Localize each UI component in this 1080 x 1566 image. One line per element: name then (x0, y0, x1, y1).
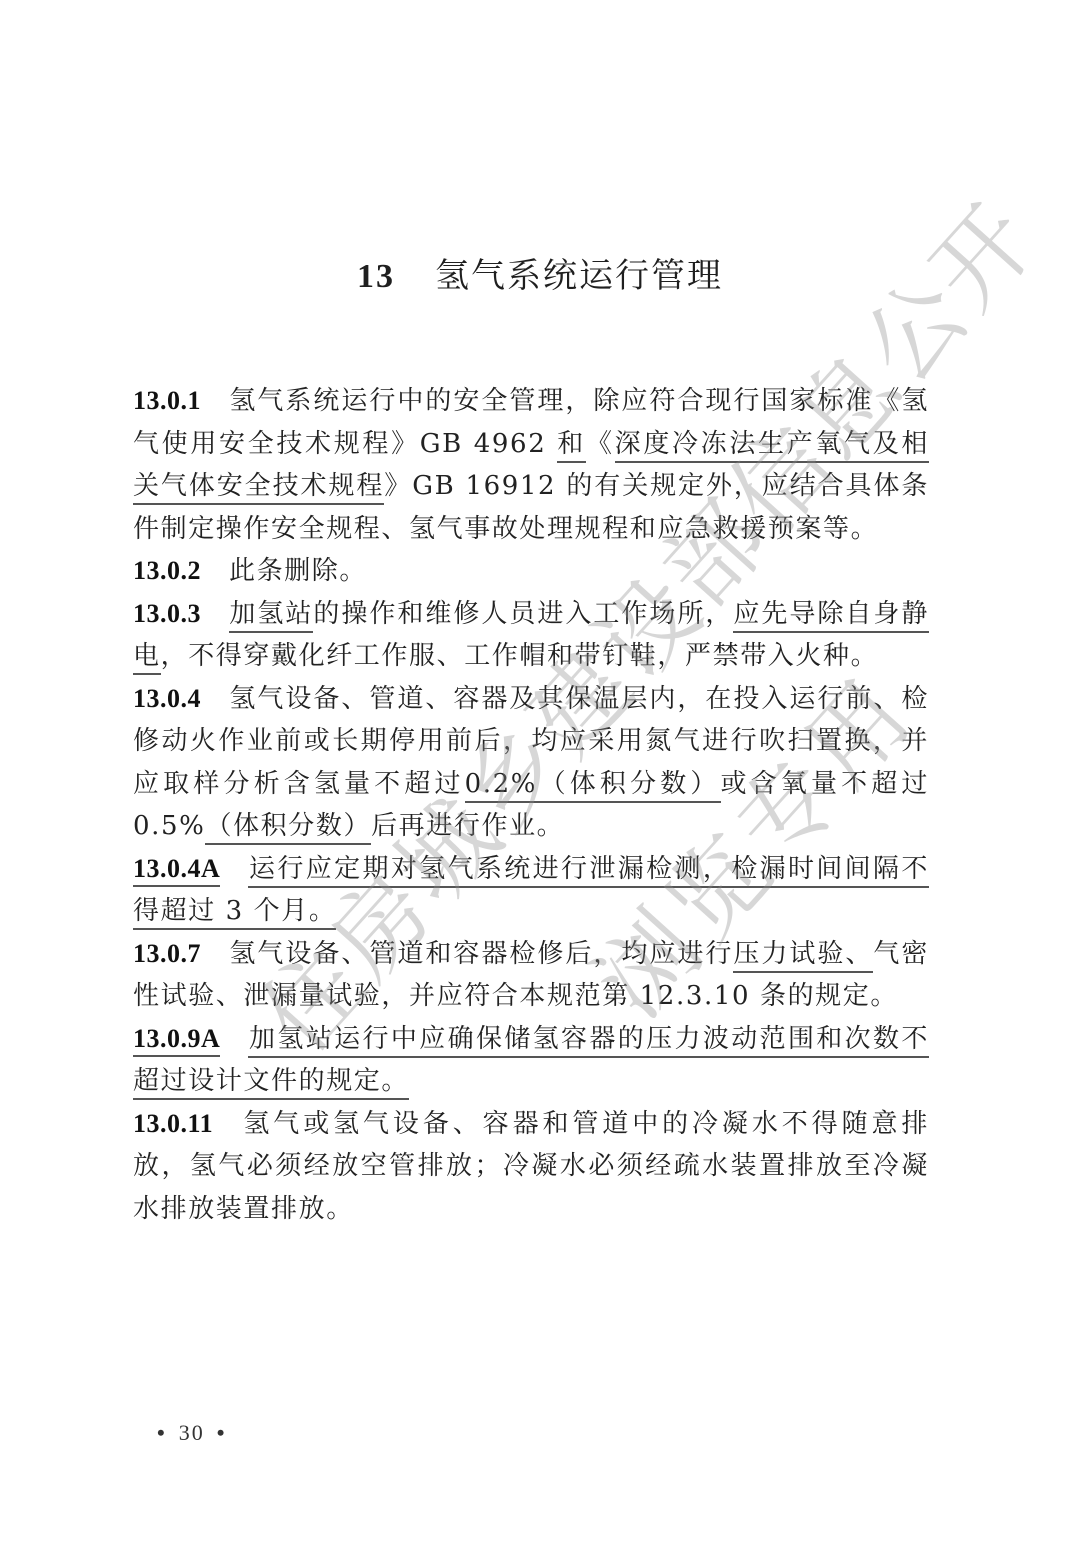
clause-number: 13.0.4A (133, 854, 220, 887)
clause-13-0-11: 13.0.11氢气或氢气设备、容器和管道中的冷凝水不得随意排放，氢气必须经放空管… (133, 1103, 929, 1231)
clause-text: 氢气或氢气设备、容器和管道中的冷凝水不得随意排放，氢气必须经放空管排放；冷凝水必… (133, 1109, 929, 1224)
underlined-revision-text: 0.2%（体积分数） (465, 769, 721, 803)
clause-number: 13.0.4 (133, 684, 201, 713)
clause-13-0-9A: 13.0.9A加氢站运行中应确保储氢容器的压力波动范围和次数不超过设计文件的规定… (133, 1018, 929, 1103)
clause-text: 此条删除。 (229, 556, 367, 586)
underlined-revision-text: 和 (557, 429, 586, 463)
clause-text: ，不得穿戴化纤工作服、工作帽和带钉鞋，严禁带入火种。 (161, 641, 879, 671)
clause-text: 《 (586, 429, 615, 459)
clause-number: 13.0.7 (133, 939, 201, 968)
underlined-revision-text: 加氢站 (229, 599, 313, 633)
underlined-revision-text: （体积分数） (205, 811, 371, 845)
clause-number: 13.0.2 (133, 556, 201, 585)
underlined-revision-text: 压力试验、 (733, 939, 873, 973)
clause-text: 的操作和维修人员进入工作场所， (313, 599, 733, 629)
clause-13-0-3: 13.0.3加氢站的操作和维修人员进入工作场所，应先导除自身静电，不得穿戴化纤工… (133, 593, 929, 678)
clause-13-0-4A: 13.0.4A运行应定期对氢气系统进行泄漏检测，检漏时间间隔不得超过 3 个月。 (133, 848, 929, 933)
clause-13-0-2: 13.0.2此条删除。 (133, 550, 929, 593)
chapter-number: 13 (357, 258, 395, 295)
page-number-bullet-left: • (157, 1420, 167, 1445)
clause-number: 13.0.9A (133, 1024, 220, 1057)
clause-text: 后再进行作业。 (371, 811, 564, 841)
clause-13-0-7: 13.0.7氢气设备、管道和容器检修后，均应进行压力试验、气密性试验、泄漏量试验… (133, 933, 929, 1018)
underlined-revision-text: 运行应定期对氢气系统进行泄漏检测，检漏时间间隔不得超过 3 个月。 (133, 854, 929, 931)
clause-text: 氢气设备、管道和容器检修后，均应进行 (229, 939, 733, 969)
page-number-value: 30 (179, 1420, 205, 1445)
page-number-bullet-right: • (217, 1420, 227, 1445)
page-number: •30• (145, 1420, 238, 1446)
clause-number: 13.0.1 (133, 386, 201, 415)
clause-13-0-1: 13.0.1氢气系统运行中的安全管理，除应符合现行国家标准《氢气使用安全技术规程… (133, 380, 929, 550)
chapter-title: 13氢气系统运行管理 (0, 248, 1080, 297)
document-page: 13氢气系统运行管理 13.0.1氢气系统运行中的安全管理，除应符合现行国家标准… (0, 0, 1080, 1566)
clause-number: 13.0.11 (133, 1109, 213, 1138)
clauses-list: 13.0.1氢气系统运行中的安全管理，除应符合现行国家标准《氢气使用安全技术规程… (133, 380, 929, 1230)
underlined-revision-text: 加氢站运行中应确保储氢容器的压力波动范围和次数不超过设计文件的规定。 (133, 1024, 929, 1101)
clause-13-0-4: 13.0.4氢气设备、管道、容器及其保温层内，在投入运行前、检修动火作业前或长期… (133, 678, 929, 848)
clause-number: 13.0.3 (133, 599, 201, 628)
chapter-title-text: 氢气系统运行管理 (435, 256, 723, 296)
